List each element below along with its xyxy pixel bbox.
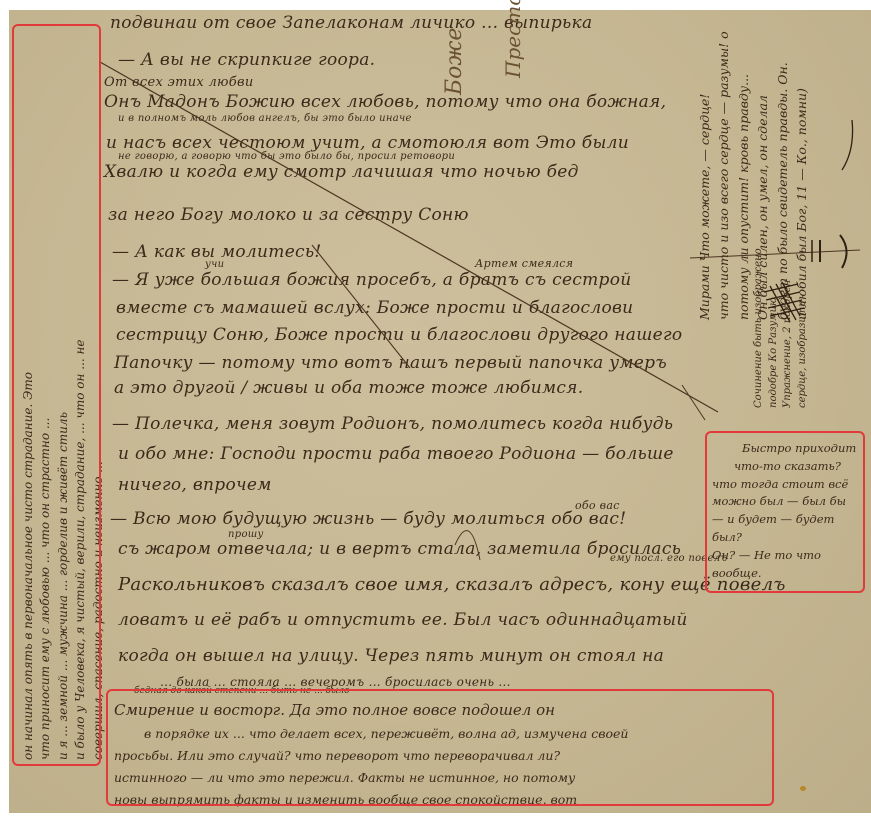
interlinear-note: обо вас [575,500,620,511]
margin-line: Сочинение быть изображено [752,248,767,408]
annotation-box-right-note[interactable] [705,431,865,593]
margin-line: потому ли опустит! кровь правду... [734,31,753,320]
margin-line: что чисто и изо всего сердце — разумы! о [714,31,733,320]
text-line: и насъ всех честоюм учит, а смотоюля вот… [106,135,629,152]
text-line: не говорю, а говорю что бы это было бы, … [118,152,455,162]
text-line: а это другой / живы и оба тоже тоже люби… [114,380,583,397]
text-line: — Всю мою будущую жизнь — буду молиться … [110,511,626,528]
margin-word-presto: Престо [500,0,527,78]
text-line: Папочку — потому что вотъ нашъ первый па… [114,355,667,372]
text-line: Онъ Мадонъ Божию всех любовь, потому что… [104,94,666,111]
text-line: сестрицу Соню, Боже прости и благослови … [116,327,682,344]
interlinear-note: прошу [228,530,264,540]
margin-word-boje: Боже [440,28,470,95]
text-line: и в полномъ моль любов ангелъ, бы это бы… [118,114,412,124]
text-line: за него Богу молоко и за сестру Соню [108,207,469,224]
interlinear-note: учи [205,260,224,270]
text-line: когда он вышел на улицу. Через пять мину… [118,648,664,665]
text-line: и обо мне: Господи прости раба твоего Ро… [118,446,674,463]
text-line: вместе съ мамашей вслух: Боже прости и б… [116,300,633,317]
paper-stain [800,786,806,791]
margin-line: подобре Ко Разумию [767,248,782,408]
interlinear-note: Артем смеялся [475,258,573,269]
annotation-box-left-margin[interactable] [12,24,101,766]
margin-line: Мирами Что можете, — сердце! [695,31,714,320]
margin-line: Упражнение, 2 покорен [781,248,796,408]
text-line: съ жаром отвечала; и в вертъ стала, заме… [118,541,681,558]
text-line: Раскольниковъ сказалъ свое имя, сказалъ … [118,576,786,594]
text-line: ничего, впрочем [118,477,272,494]
lower-right-vertical-marginalia: Сочинение быть изображено подобре Ко Раз… [752,248,810,408]
text-line: — А вы не скрипкиге гоора. [118,52,375,69]
text-line: — Полечка, меня зовут Родионъ, помолитес… [112,416,673,433]
margin-line: сердце, изобразить [796,248,811,408]
text-line: — Я уже большая божия просебъ, а братъ с… [112,272,632,289]
text-line: От всех этих любви [104,76,254,89]
text-line: ловатъ и её рабъ и отпустить ее. Был час… [118,612,688,629]
text-line: Хвалю и когда ему смотр лачишая что ночь… [104,164,579,181]
annotation-box-bottom-note[interactable] [106,689,774,806]
